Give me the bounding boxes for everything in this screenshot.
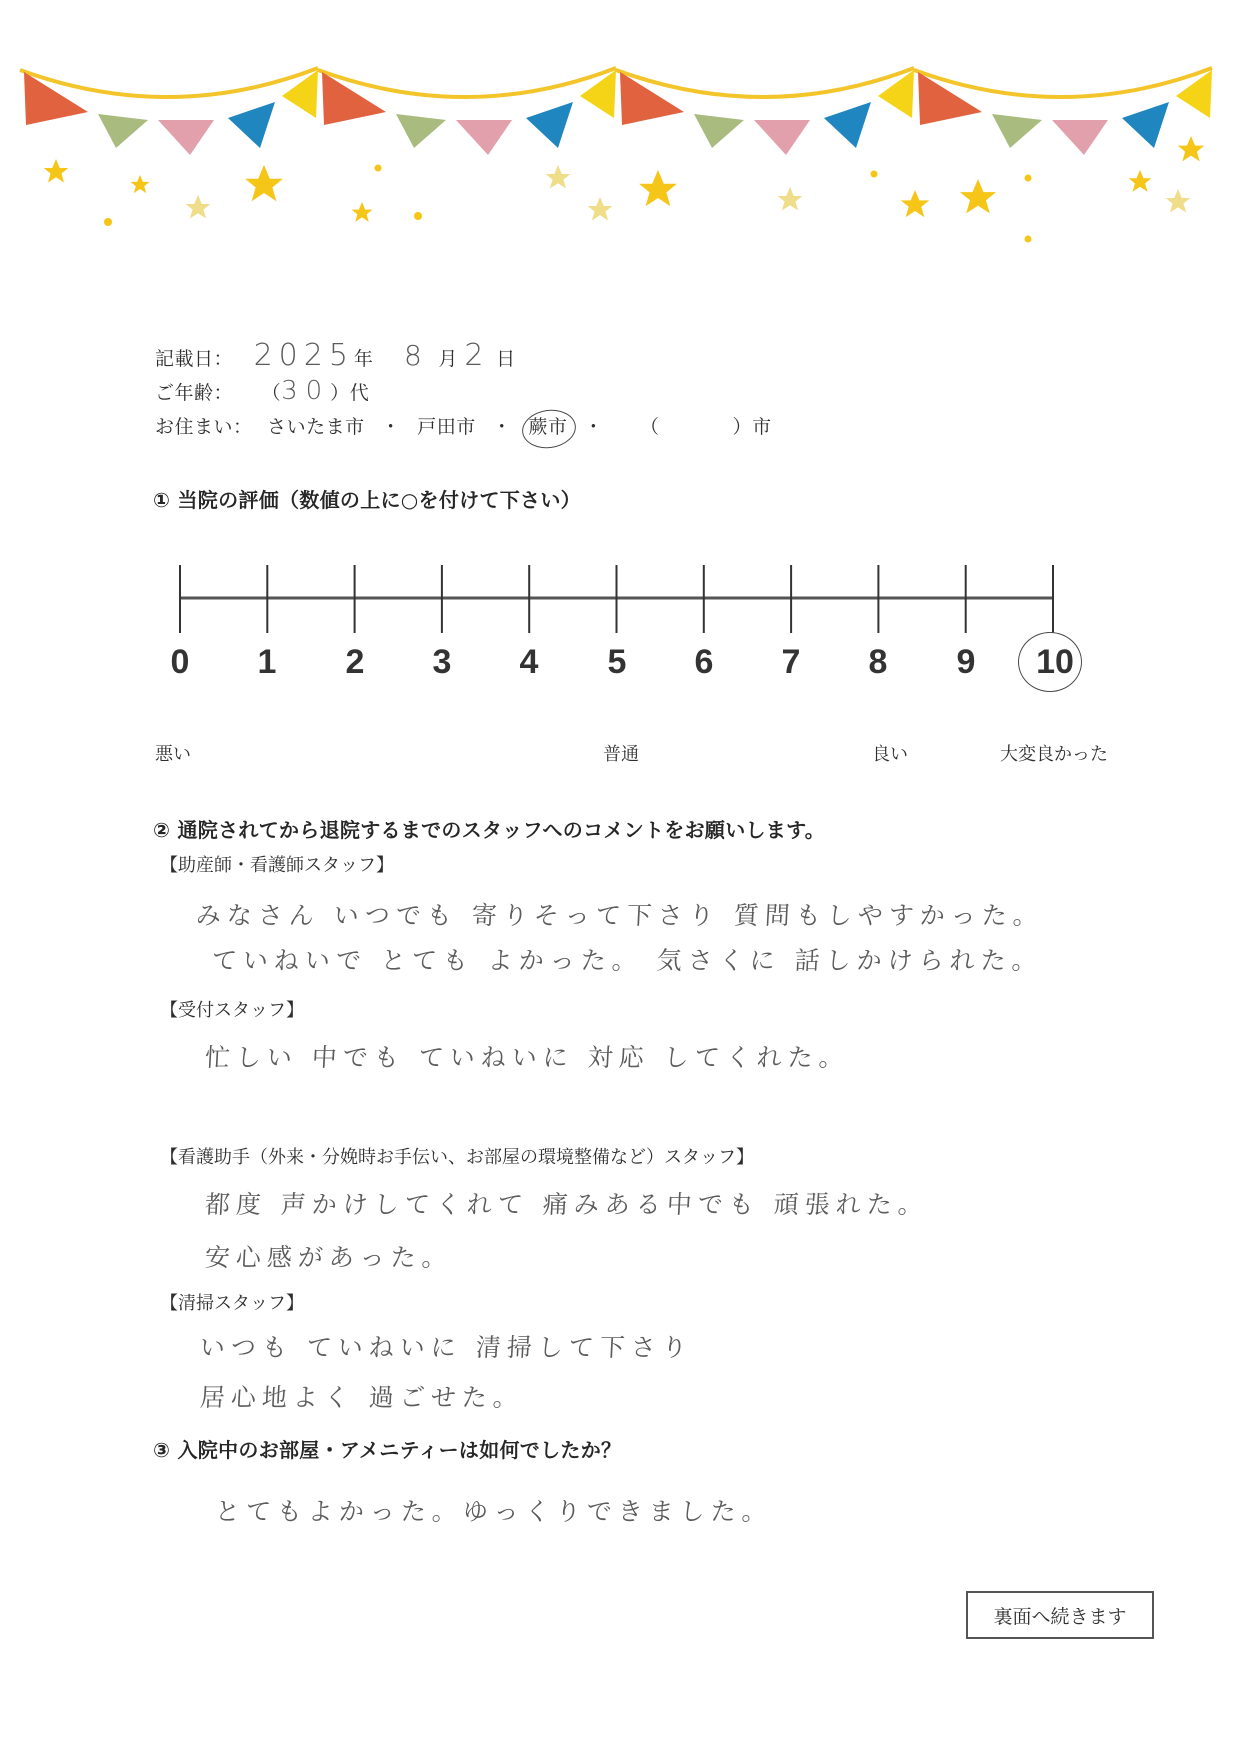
residence-label: お住まい： (155, 416, 253, 438)
q2-heading: ② 通院されてから退院するまでのスタッフへのコメントをお願いします。 (153, 814, 825, 843)
anchor-label-good: 良い (872, 740, 908, 766)
age-label: ご年齢： (155, 382, 233, 404)
continue-label: 裏面へ続きます (993, 1602, 1126, 1629)
staff-label-reception: 【受付スタッフ】 (160, 996, 304, 1022)
date-day-unit: 日 (496, 348, 516, 370)
anchor-label-normal: 普通 (603, 740, 639, 766)
date-day-value[interactable]: 2 (464, 338, 489, 373)
separator-dot: ・ (381, 416, 401, 438)
q1-heading: ① 当院の評価（数値の上に○を付けて下さい） (153, 484, 581, 513)
separator-dot: ・ (584, 416, 604, 438)
separator-dot: ・ (492, 416, 512, 438)
staff-label-cleaning: 【清掃スタッフ】 (160, 1289, 304, 1315)
rating-selection-circle (1018, 632, 1082, 692)
residence-option-warabi[interactable]: 蕨市 (528, 416, 574, 438)
anchor-label-very-good: 大変良かった (1000, 740, 1108, 766)
scale-tick-5[interactable]: 5 (608, 643, 627, 682)
age-close-paren: ） (330, 382, 350, 404)
residence-other-close: ） (733, 416, 753, 438)
bunting-decoration (0, 40, 1241, 260)
age-value[interactable]: 30 (281, 376, 330, 406)
staff-label-nursing-assistant: 【看護助手（外来・分娩時お手伝い、お部屋の環境整備など）スタッフ】 (160, 1143, 754, 1169)
scale-tick-9[interactable]: 9 (957, 643, 976, 682)
comment-cleaning-line-2[interactable]: 居心地よく 過ごせた。 (199, 1378, 525, 1414)
scale-tick-0[interactable]: 0 (171, 643, 190, 682)
comment-reception-line-1[interactable]: 忙しい 中でも ていねいに 対応 してくれた。 (204, 1038, 851, 1074)
residence-field: お住まい： さいたま市 ・ 戸田市 ・ 蕨市 ・ （ ）市 (155, 412, 772, 439)
date-field: 記載日： 2025年 8 月 2 日 (155, 338, 516, 373)
age-unit: 代 (350, 382, 370, 404)
q3-answer[interactable]: とてもよかった。ゆっくりできました。 (214, 1492, 774, 1528)
comment-cleaning-line-1[interactable]: いつも ていねいに 清掃して下さり (199, 1328, 694, 1364)
selection-circle (520, 406, 579, 451)
residence-other-unit: 市 (752, 416, 772, 438)
scale-tick-2[interactable]: 2 (346, 643, 365, 682)
residence-other-open: （ (640, 416, 660, 438)
scale-tick-8[interactable]: 8 (869, 643, 888, 682)
comment-assistant-line-2[interactable]: 安心感があった。 (204, 1238, 454, 1274)
staff-label-midwife-nurse: 【助産師・看護師スタッフ】 (160, 851, 394, 877)
date-label: 記載日： (155, 348, 233, 370)
scale-tick-1[interactable]: 1 (258, 643, 277, 682)
date-year-unit: 年 (354, 348, 374, 370)
comment-midwife-line-1[interactable]: みなさん いつでも 寄りそって下さり 質問もしやすかった。 (195, 896, 1045, 932)
continue-on-back-box: 裏面へ続きます (966, 1591, 1154, 1639)
date-year-value[interactable]: 2025 (254, 338, 354, 373)
age-open-paren: （ (262, 382, 282, 404)
date-month-value[interactable]: 8 (404, 339, 428, 372)
comment-midwife-line-2[interactable]: ていねいで とても よかった。 気さくに 話しかけられた。 (211, 941, 1044, 977)
scale-tick-3[interactable]: 3 (433, 643, 452, 682)
date-month-unit: 月 (438, 348, 458, 370)
scale-tick-4[interactable]: 4 (520, 643, 539, 682)
scale-tick-7[interactable]: 7 (782, 643, 801, 682)
residence-option-saitama[interactable]: さいたま市 (267, 416, 365, 438)
anchor-label-bad: 悪い (155, 740, 191, 766)
q3-heading: ③ 入院中のお部屋・アメニティーは如何でしたか？ (153, 1434, 621, 1463)
comment-assistant-line-1[interactable]: 都度 声かけしてくれて 痛みある中でも 頑張れた。 (204, 1185, 930, 1221)
age-field: ご年齢： （30）代 (155, 376, 369, 406)
rating-scale[interactable]: 0 1 2 3 4 5 6 7 8 9 10 (0, 540, 1241, 710)
residence-option-toda[interactable]: 戸田市 (417, 416, 476, 438)
scale-tick-6[interactable]: 6 (695, 643, 714, 682)
